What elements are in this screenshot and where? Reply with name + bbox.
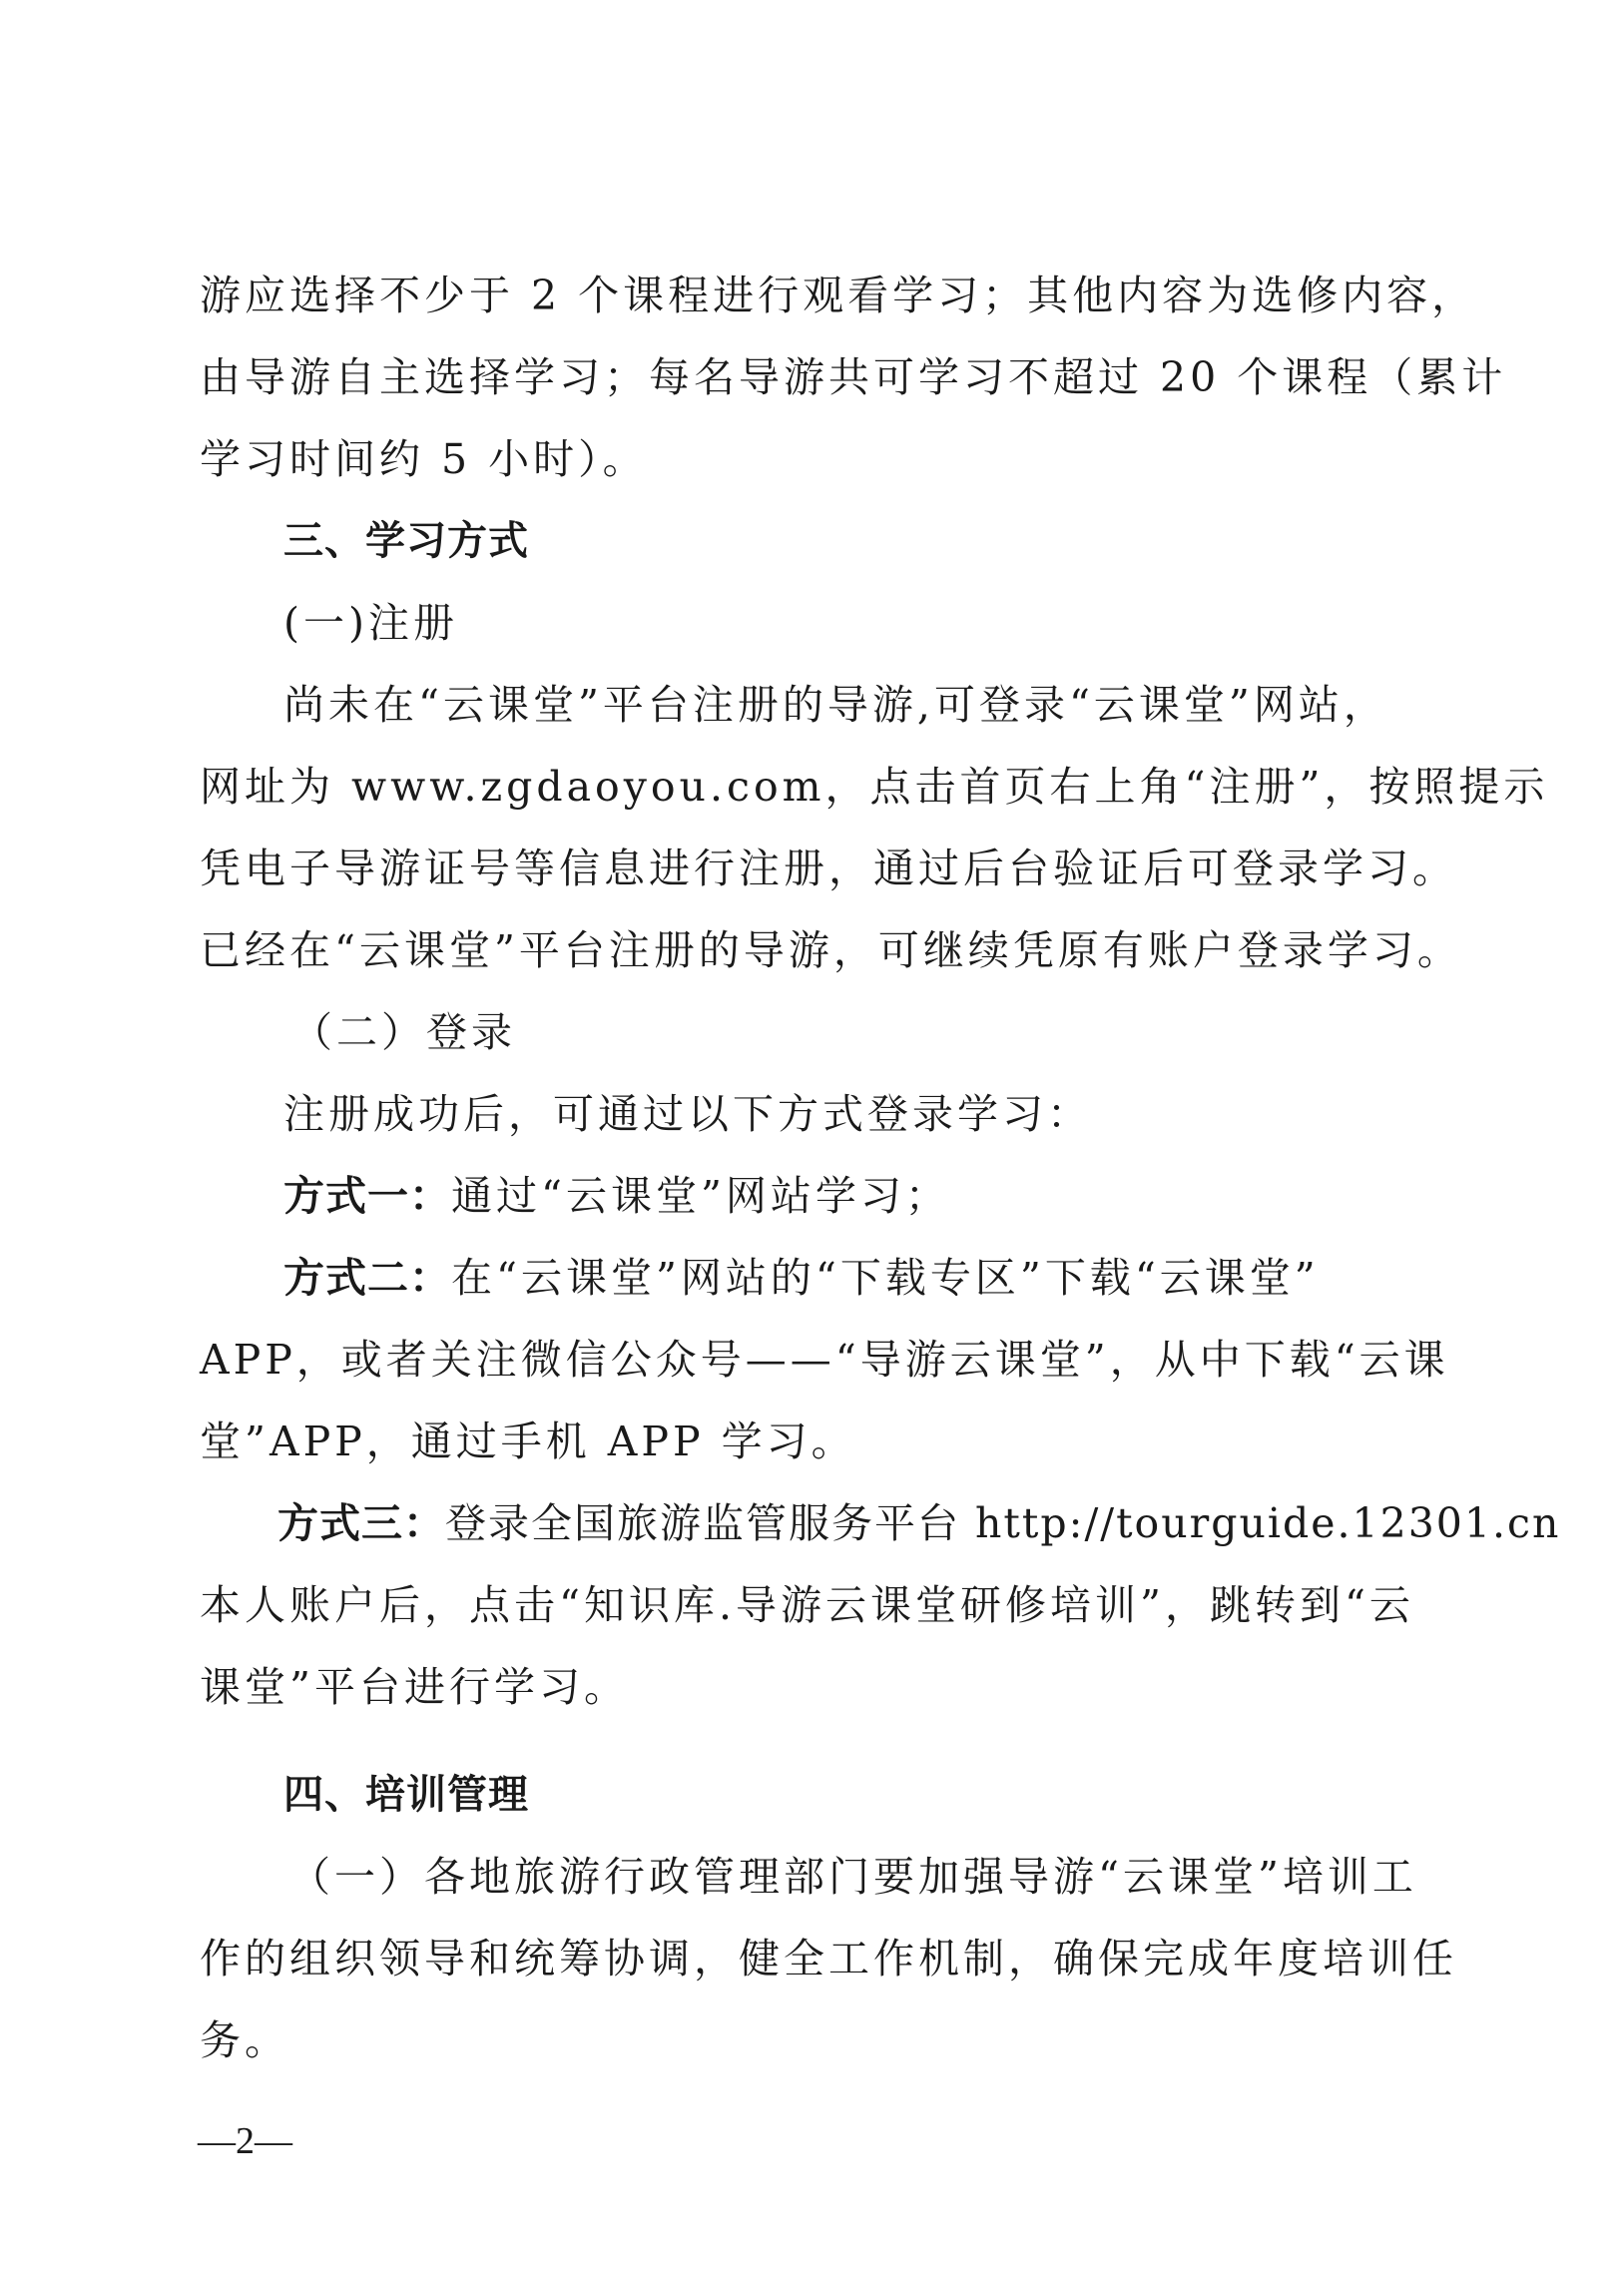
paragraph-line: 已经在“云课堂”平台注册的导游，可继续凭原有账户登录学习。 bbox=[200, 922, 1407, 978]
paragraph-line: APP，或者关注微信公众号——“导游云课堂”，从中下载“云课 bbox=[200, 1332, 1407, 1388]
paragraph-line: 游应选择不少于 2 个课程进行观看学习；其他内容为选修内容， bbox=[200, 268, 1407, 323]
subsection-heading: （二）登录 bbox=[291, 1004, 1499, 1060]
paragraph-line: 凭电子导游证号等信息进行注册，通过后台验证后可登录学习。 bbox=[200, 841, 1407, 896]
paragraph-line: 堂”APP，通过手机 APP 学习。 bbox=[200, 1414, 1407, 1469]
document-page: 游应选择不少于 2 个课程进行观看学习；其他内容为选修内容， 由导游自主选择学习… bbox=[0, 0, 1624, 2270]
method-text: 通过“云课堂”网站学习； bbox=[451, 1172, 950, 1220]
section-heading: 四、培训管理 bbox=[283, 1767, 1491, 1823]
method-one: 方式一：通过“云课堂”网站学习； bbox=[283, 1168, 1491, 1224]
paragraph-line: 课堂”平台进行学习。 bbox=[200, 1659, 1407, 1715]
paragraph-line: 作的组织领导和统筹协调，健全工作机制，确保完成年度培训任 bbox=[200, 1931, 1407, 1986]
paragraph-line: 由导游自主选择学习；每名导游共可学习不超过 20 个课程（累计 bbox=[200, 349, 1407, 405]
paragraph-line: 务。 bbox=[200, 2012, 1407, 2068]
paragraph-line: 尚未在“云课堂”平台注册的导游,可登录“云课堂”网站， bbox=[283, 677, 1407, 733]
section-heading: 三、学习方式 bbox=[283, 513, 1491, 569]
page-number: —2— bbox=[198, 2116, 292, 2166]
paragraph-line: 本人账户后，点击“知识库.导游云课堂研修培训”，跳转到“云 bbox=[200, 1577, 1407, 1633]
method-text: 在“云课堂”网站的“下载专区”下载“云课堂” bbox=[451, 1254, 1320, 1302]
method-label: 方式一： bbox=[283, 1172, 451, 1220]
method-two: 方式二：在“云课堂”网站的“下载专区”下载“云课堂” bbox=[283, 1250, 1491, 1306]
subsection-heading: (一)注册 bbox=[283, 595, 1491, 651]
paragraph-line: 学习时间约 5 小时）。 bbox=[200, 431, 1407, 487]
method-three: 方式三：登录全国旅游监管服务平台 http://tourguide.12301.… bbox=[277, 1495, 1485, 1551]
method-label: 方式二： bbox=[283, 1254, 451, 1302]
paragraph-line: （一）各地旅游行政管理部门要加强导游“云课堂”培训工 bbox=[289, 1849, 1407, 1905]
method-text: 登录全国旅游监管服务平台 http://tourguide.12301.cn bbox=[445, 1499, 1560, 1547]
paragraph-line: 注册成功后，可通过以下方式登录学习： bbox=[283, 1086, 1491, 1142]
paragraph-line: 网址为 www.zgdaoyou.com，点击首页右上角“注册”，按照提示 bbox=[200, 759, 1407, 815]
method-label: 方式三： bbox=[277, 1499, 445, 1547]
